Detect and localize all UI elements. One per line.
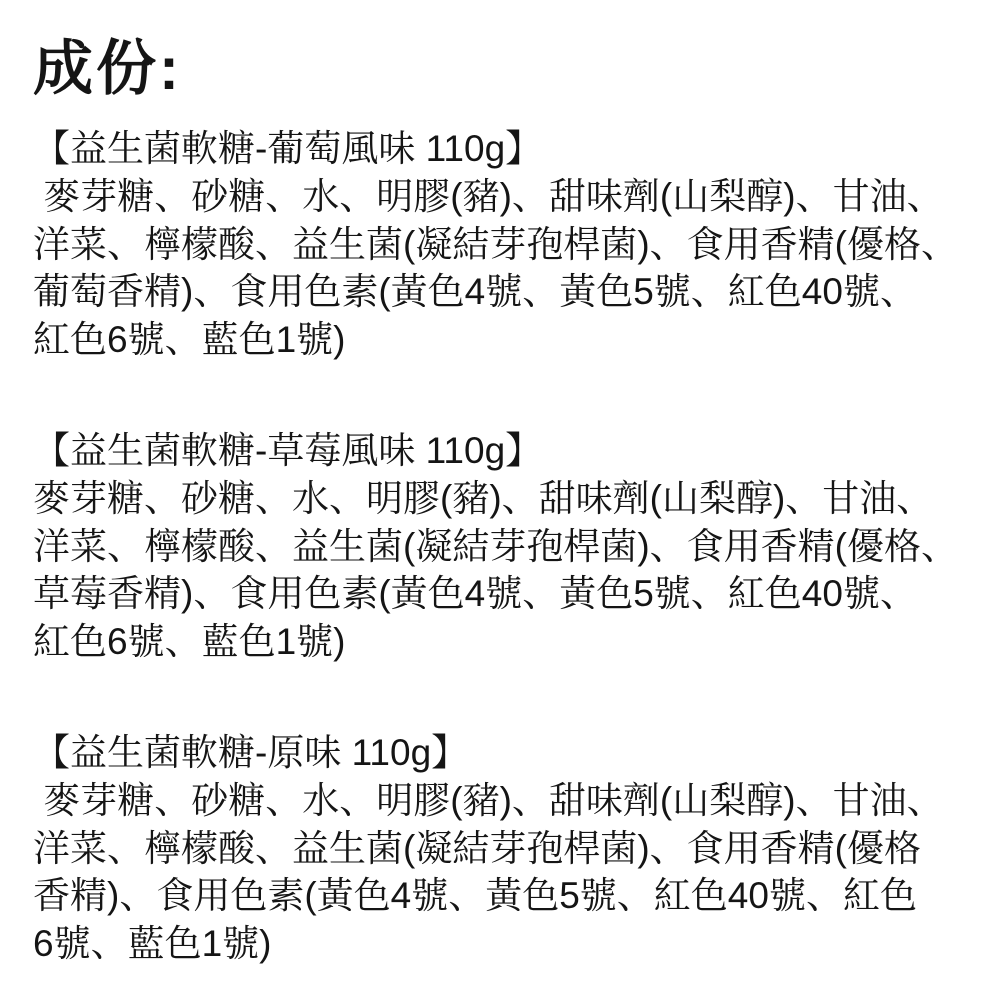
ingredients-line: 麥芽糖、砂糖、水、明膠(豬)、甜味劑(山梨醇)、甘油、 <box>33 777 982 825</box>
ingredients-line: 洋菜、檸檬酸、益生菌(凝結芽孢桿菌)、食用香精(優格、 <box>33 523 982 571</box>
ingredients-line: 草莓香精)、食用色素(黃色4號、黃色5號、紅色40號、 <box>33 570 982 618</box>
ingredients-line: 紅色6號、藍色1號) <box>33 618 982 666</box>
ingredients-line: 麥芽糖、砂糖、水、明膠(豬)、甜味劑(山梨醇)、甘油、 <box>33 475 982 523</box>
ingredients-document: 成份: 【益生菌軟糖-葡萄風味 110g】 麥芽糖、砂糖、水、明膠(豬)、甜味劑… <box>0 0 1000 1000</box>
ingredients-line: 葡萄香精)、食用色素(黃色4號、黃色5號、紅色40號、 <box>33 268 982 316</box>
section-header: 【益生菌軟糖-草莓風味 110g】 <box>33 427 982 475</box>
ingredients-line: 6號、藍色1號) <box>33 920 982 968</box>
page-title: 成份: <box>33 34 982 103</box>
section-grape-flavor: 【益生菌軟糖-葡萄風味 110g】 麥芽糖、砂糖、水、明膠(豬)、甜味劑(山梨醇… <box>33 125 982 363</box>
ingredients-line: 香精)、食用色素(黃色4號、黃色5號、紅色40號、紅色 <box>33 872 982 920</box>
section-header: 【益生菌軟糖-原味 110g】 <box>33 729 982 777</box>
section-strawberry-flavor: 【益生菌軟糖-草莓風味 110g】 麥芽糖、砂糖、水、明膠(豬)、甜味劑(山梨醇… <box>33 427 982 665</box>
ingredients-line: 洋菜、檸檬酸、益生菌(凝結芽孢桿菌)、食用香精(優格、 <box>33 221 982 269</box>
section-original-flavor: 【益生菌軟糖-原味 110g】 麥芽糖、砂糖、水、明膠(豬)、甜味劑(山梨醇)、… <box>33 729 982 967</box>
ingredients-line: 洋菜、檸檬酸、益生菌(凝結芽孢桿菌)、食用香精(優格 <box>33 825 982 873</box>
ingredients-line: 紅色6號、藍色1號) <box>33 316 982 364</box>
section-header: 【益生菌軟糖-葡萄風味 110g】 <box>33 125 982 173</box>
ingredients-line: 麥芽糖、砂糖、水、明膠(豬)、甜味劑(山梨醇)、甘油、 <box>33 173 982 221</box>
